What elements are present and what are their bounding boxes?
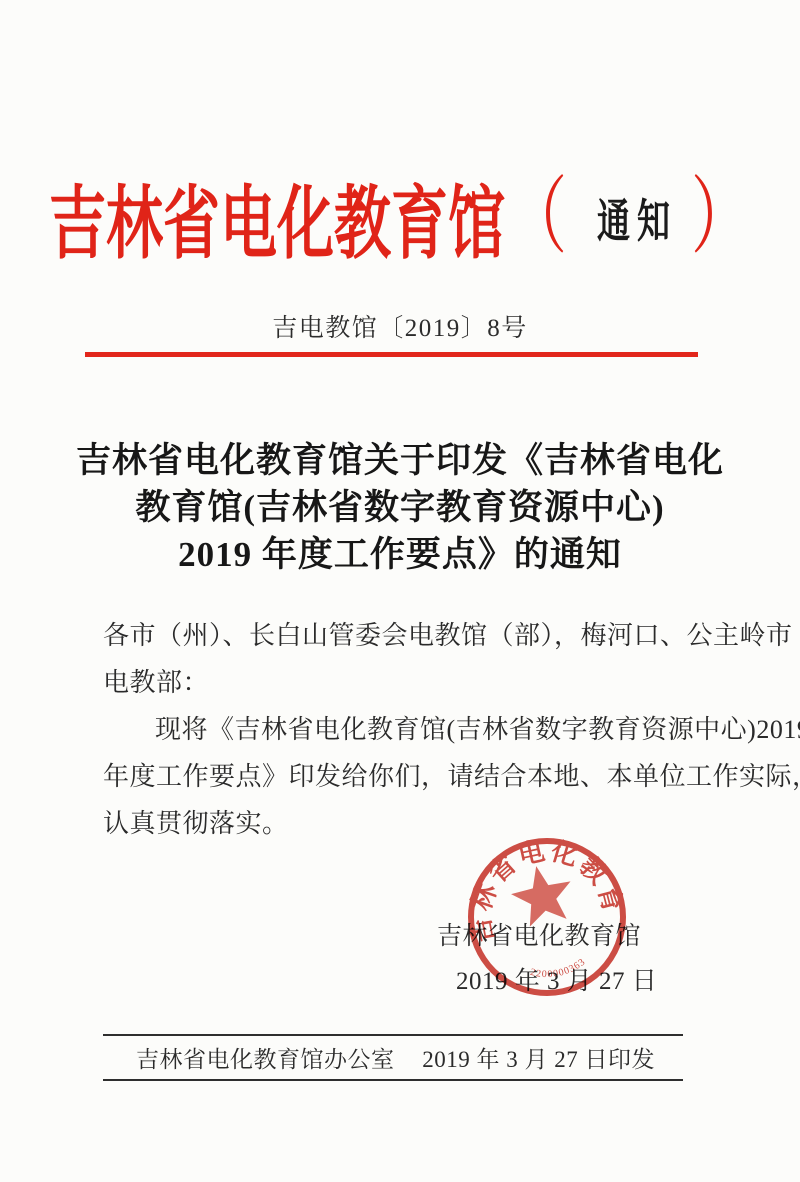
masthead-org-name: 吉林省电化教育馆	[49, 160, 505, 275]
paragraph-line-3: 认真贯彻落实。	[103, 800, 715, 847]
paragraph-line-2: 年度工作要点》印发给你们，请结合本地、本单位工作实际，	[103, 753, 715, 800]
masthead-close-paren: ）	[691, 175, 751, 259]
title-line-2: 教育馆(吉林省数字教育资源中心)	[0, 484, 800, 531]
masthead-open-paren: （	[507, 175, 567, 259]
document-number: 吉电教馆〔2019〕8号	[0, 308, 800, 344]
paragraph-line-1: 现将《吉林省电化教育馆(吉林省数字教育资源中心)2019	[103, 706, 715, 753]
document-footer: 吉林省电化教育馆办公室 2019 年 3 月 27 日印发	[103, 1034, 683, 1081]
document-masthead: 吉林省电化教育馆 （ 通知 ）	[0, 160, 800, 275]
footer-issuing-office: 吉林省电化教育馆办公室	[136, 1041, 395, 1074]
signature-org-name: 吉林省电化教育馆	[437, 916, 641, 952]
salutation-line-1: 各市（州）、长白山管委会电教馆（部），梅河口、公主岭市	[103, 612, 715, 659]
salutation-line-2: 电教部：	[103, 659, 715, 706]
title-line-3: 2019 年度工作要点》的通知	[0, 531, 800, 578]
scanned-official-document: 吉林省电化教育馆 （ 通知 ） 吉电教馆〔2019〕8号 吉林省电化教育馆关于印…	[0, 0, 800, 1182]
masthead-notice-label: 通知	[597, 185, 677, 251]
red-divider-line	[85, 352, 698, 357]
title-line-1: 吉林省电化教育馆关于印发《吉林省电化	[0, 437, 800, 484]
footer-print-date: 2019 年 3 月 27 日印发	[422, 1041, 655, 1074]
document-body: 各市（州）、长白山管委会电教馆（部），梅河口、公主岭市 电教部： 现将《吉林省电…	[103, 612, 715, 847]
signature-date: 2019 年 3 月 27 日	[456, 961, 657, 997]
document-title: 吉林省电化教育馆关于印发《吉林省电化 教育馆(吉林省数字教育资源中心) 2019…	[0, 437, 800, 578]
